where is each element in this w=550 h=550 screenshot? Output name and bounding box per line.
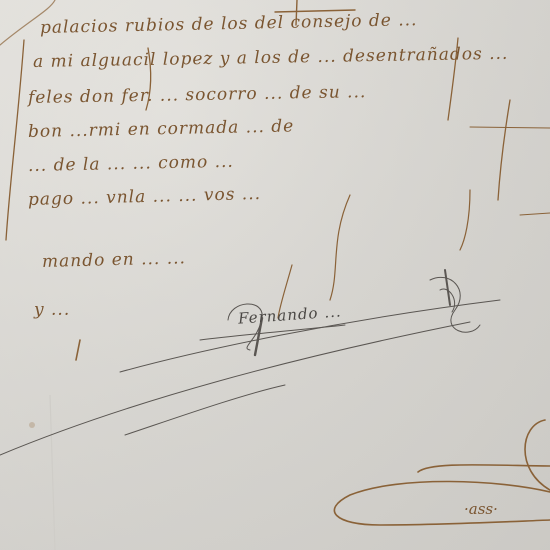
manuscript-page: palacios rubios de los del consejo de ..… [0, 0, 550, 550]
manuscript-line-8: y ... [34, 300, 70, 320]
manuscript-line-7: mando en ... ... [42, 248, 186, 272]
ink-flourishes [0, 0, 550, 550]
signature-abbrev-bottom-right: ·ass· [464, 500, 498, 518]
